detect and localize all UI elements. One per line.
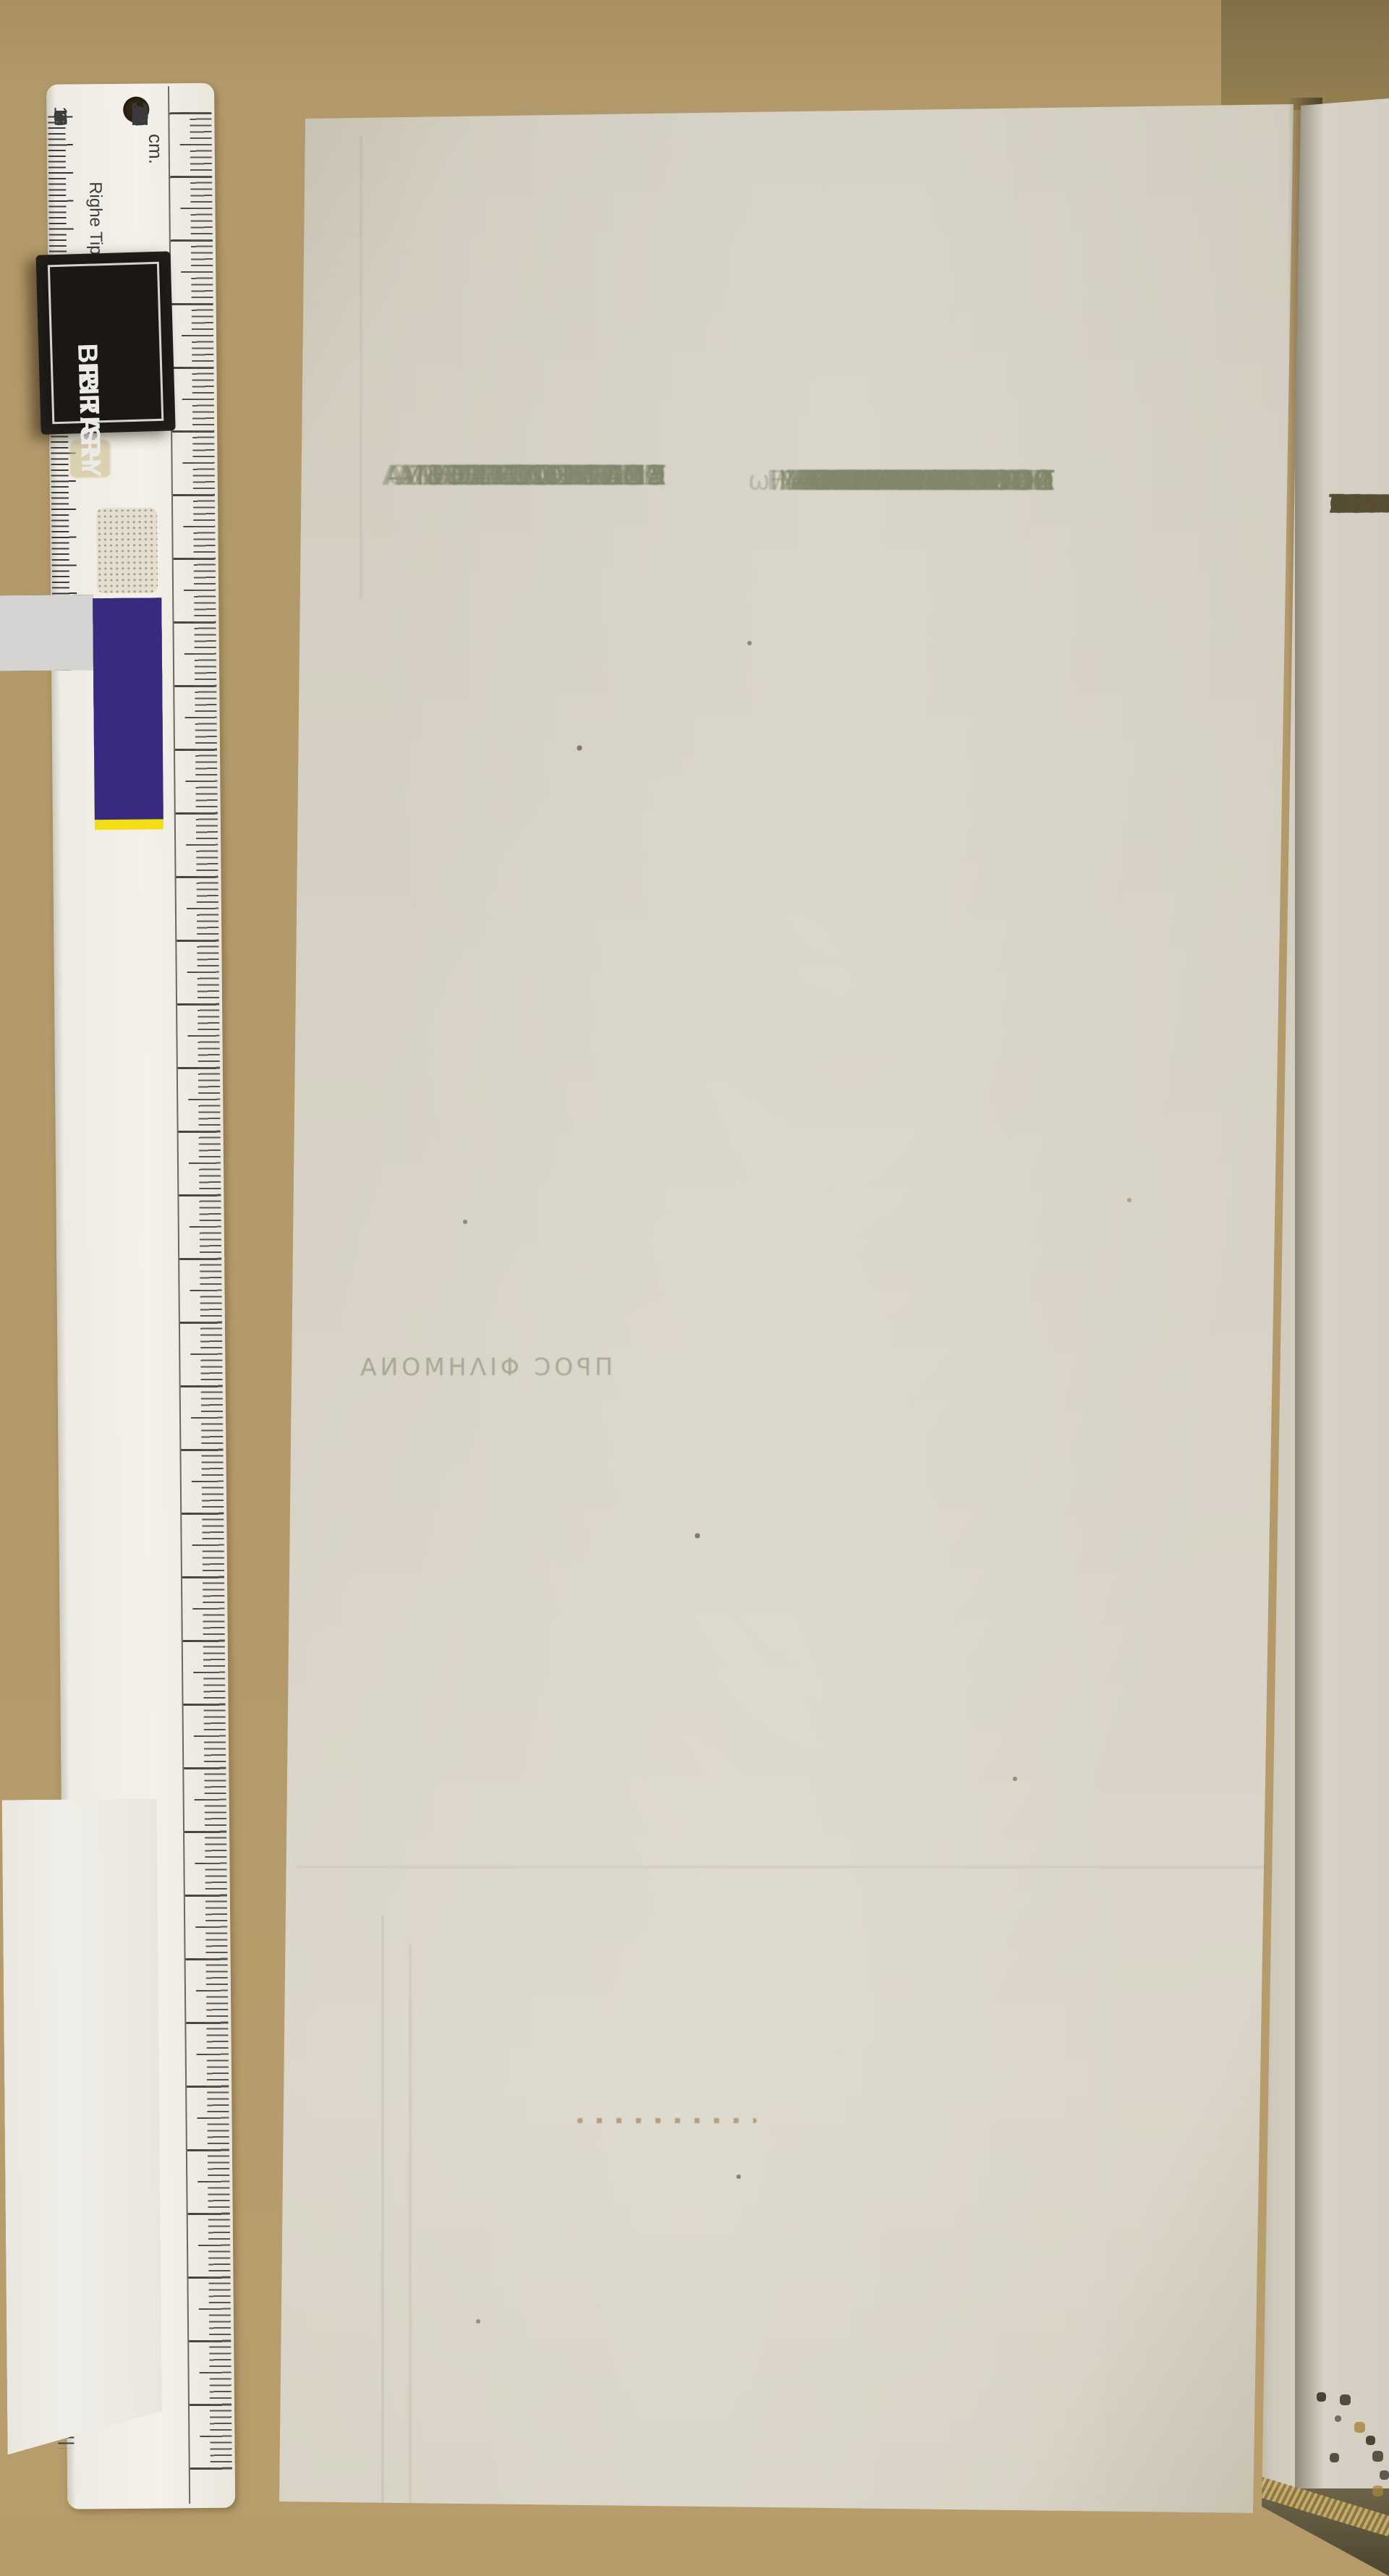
parchment-crease: [360, 136, 362, 599]
british-library-tag: LIBRARY BRITISH: [35, 251, 175, 434]
folio-text-line: ΝΟΥ: [1330, 488, 1385, 522]
color-calibration-strip: [93, 598, 161, 598]
show-through-line: ΠΟCωΔΕΜΑΛΛΟΝ: [783, 463, 1054, 499]
parchment-crease: [382, 1916, 383, 2509]
manuscript-photograph: cm. 0 1 2 3 4 5 6 7 8: [0, 0, 1389, 2576]
white-card: [2, 1799, 163, 2455]
background-shadow-top-right: [1221, 0, 1389, 110]
adhesive-residue-patch: [96, 507, 158, 593]
parchment-crease: [297, 1866, 1266, 1868]
manuscript-page-verso: ΚΑΙΕΝΚωΕΙΟΥΝΜΕΕΧΕΙCΚΟΙΝωΝΟΝΠΡΟCΛΑΒΟΥΑΥΤΟ…: [275, 93, 1302, 2517]
show-through-subscription: ΠΡΟC ΦΙΛΗΜΟΝΑ: [304, 1353, 666, 1381]
color-patch: [93, 598, 163, 820]
show-through-line: ΥΜωΝ ΑΜΗΝ: [467, 458, 666, 494]
ruler-unit-label-text: cm.: [144, 133, 166, 163]
measurement-rig: cm. 0 1 2 3 4 5 6 7 8: [0, 0, 282, 2576]
gray-step: [0, 595, 93, 671]
dirt-specks: [275, 93, 276, 94]
grayscale-calibration-strip: [0, 595, 93, 595]
folio-fold-shadow: [1295, 95, 1324, 2576]
tag-label-line2: BRITISH: [68, 343, 109, 469]
ruler-unit-label: cm.: [140, 135, 171, 161]
ink-offset-marks: [577, 2118, 757, 2123]
parchment-crease: [409, 1944, 411, 2509]
